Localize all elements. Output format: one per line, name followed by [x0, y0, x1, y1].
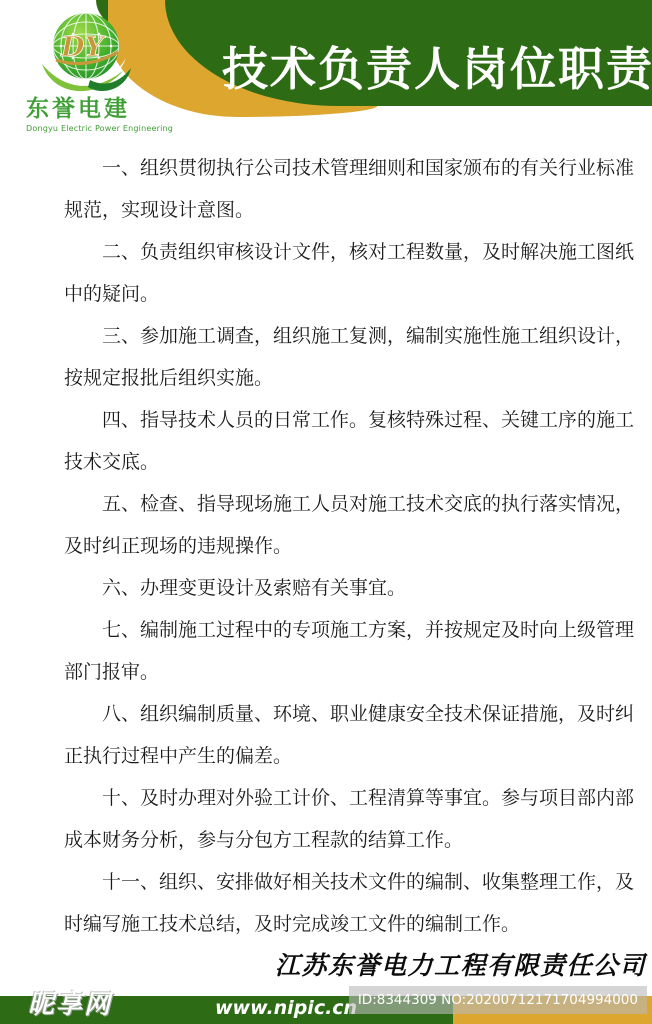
globe-leaf-icon: DY [34, 6, 154, 94]
logo-name-en: Dongyu Electric Power Engineering [26, 124, 180, 133]
watermark-bar: 昵享网 www.nipic.cn ID:8344309 NO:202007121… [0, 996, 652, 1024]
logo-monogram: DY [60, 32, 106, 63]
duty-item-6: 六、办理变更设计及索赔有关事宜。 [64, 567, 642, 609]
duty-item-4: 四、指导技术人员的日常工作。复核特殊过程、关键工序的施工技术交底。 [64, 399, 642, 483]
duty-item-7: 七、编制施工过程中的专项施工方案，并按规定及时向上级管理部门报审。 [64, 609, 642, 693]
duty-item-2: 二、负责组织审核设计文件，核对工程数量，及时解决施工图纸中的疑问。 [64, 231, 642, 315]
duty-item-5: 五、检查、指导现场施工人员对施工技术交底的执行落实情况，及时纠正现场的违规操作。 [64, 483, 642, 567]
company-name-calligraphy: 江苏东誉电力工程有限责任公司 [275, 946, 646, 982]
duty-item-3: 三、参加施工调查，组织施工复测，编制实施性施工组织设计，按规定报批后组织实施。 [64, 315, 642, 399]
company-logo: DY 东誉电建 Dongyu Electric Power Engineerin… [20, 6, 180, 133]
duty-list: 一、组织贯彻执行公司技术管理细则和国家颁布的有关行业标准规范，实现设计意图。 二… [64, 147, 642, 945]
nipic-site-logo: 昵享网 [28, 984, 112, 1021]
duty-item-11: 十一、组织、安排做好相关技术文件的编制、收集整理工作，及时编写施工技术总结，及时… [64, 861, 642, 945]
duty-item-10: 十、及时办理对外验工计价、工程清算等事宜。参与项目部内部成本财务分析，参与分包方… [64, 777, 642, 861]
poster-page: 技术负责人岗位职责 [0, 0, 652, 1024]
page-title: 技术负责人岗位职责 [222, 33, 648, 99]
nipic-site-url[interactable]: www.nipic.cn [215, 997, 357, 1019]
duty-item-8: 八、组织编制质量、环境、职业健康安全技术保证措施，及时纠正执行过程中产生的偏差。 [64, 693, 642, 777]
logo-name-cn: 东誉电建 [26, 90, 180, 123]
duty-item-1: 一、组织贯彻执行公司技术管理细则和国家颁布的有关行业标准规范，实现设计意图。 [64, 147, 642, 231]
image-id-badge: ID:8344309 NO:20200712171704994000 [349, 986, 647, 1014]
